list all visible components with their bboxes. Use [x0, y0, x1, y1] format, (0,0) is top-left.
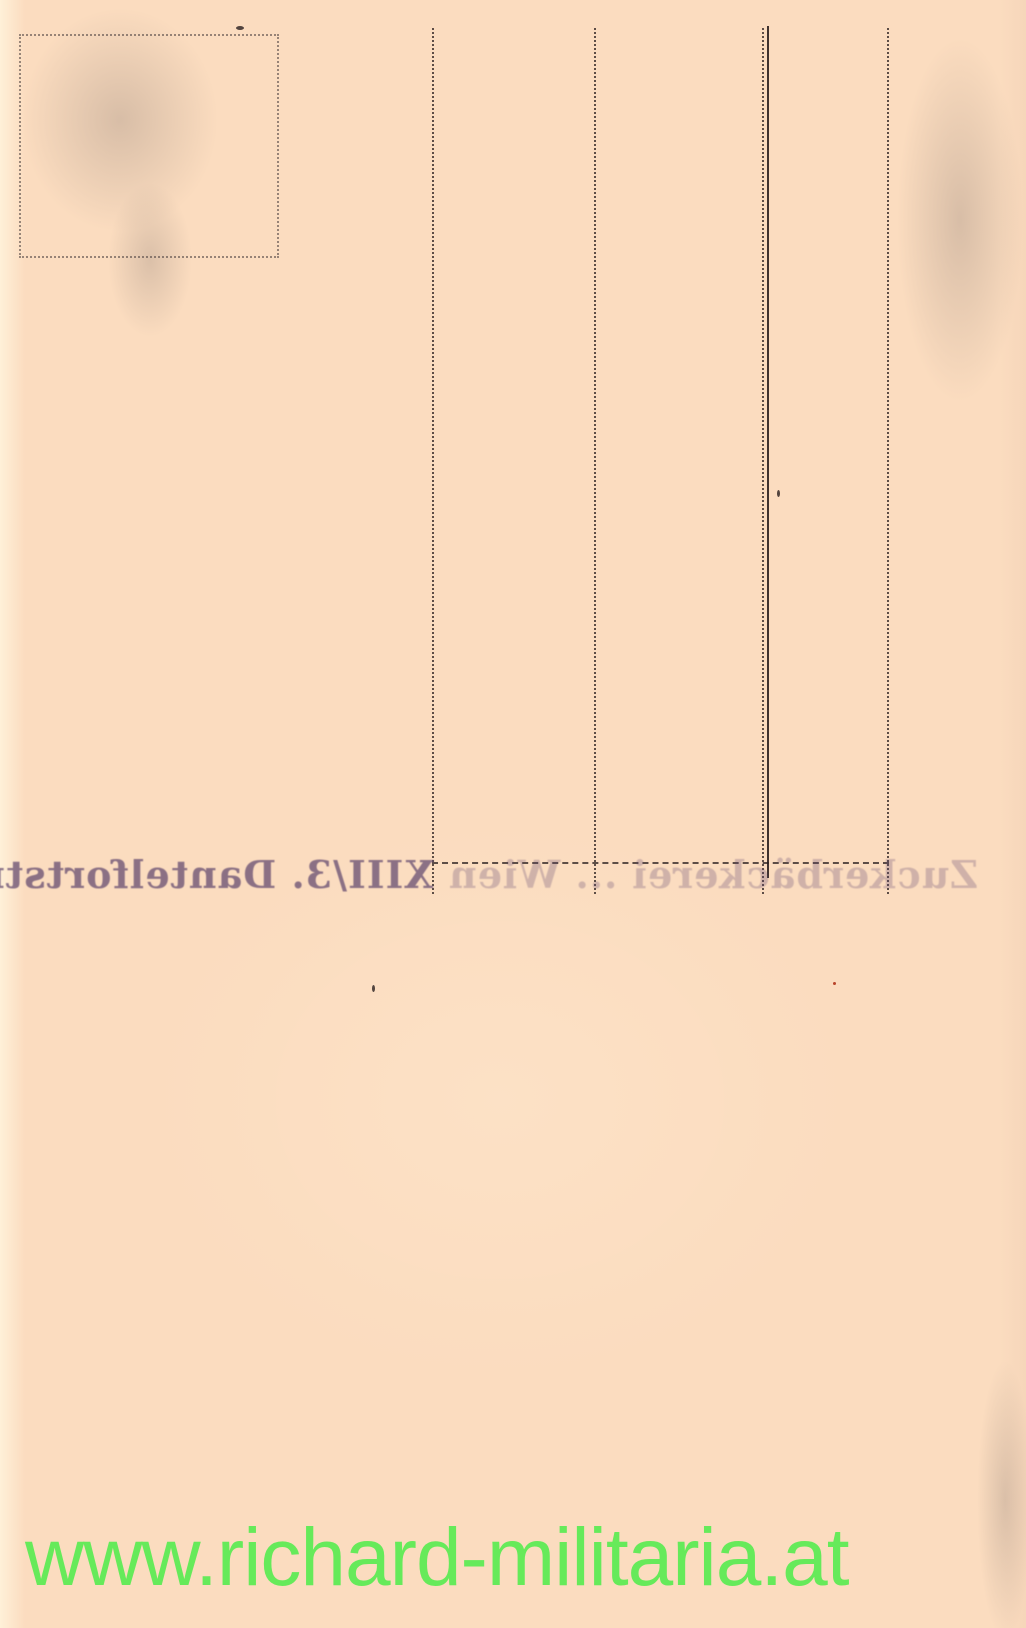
- center-divider-solid: [767, 26, 769, 878]
- divider-line-1: [432, 28, 434, 894]
- ink-speck: [777, 490, 780, 497]
- rubber-stamp-bold: XIII/3. Dantelfortstr. 127: [0, 852, 434, 897]
- ink-speck: [236, 26, 244, 30]
- watermark-text: www.richard-militaria.at: [25, 1517, 849, 1599]
- rubber-stamp-faint: Zuckerbäckerei ... Wien: [448, 852, 978, 897]
- ink-speck: [833, 982, 836, 985]
- ink-speck: [372, 985, 375, 992]
- divider-line-3: [762, 28, 764, 894]
- divider-line-2: [594, 28, 596, 894]
- rubber-stamp-text: Zuckerbäckerei ... Wien XIII/3. Dantelfo…: [108, 852, 978, 897]
- stamp-placement-box: [19, 34, 279, 258]
- divider-line-4: [887, 28, 889, 894]
